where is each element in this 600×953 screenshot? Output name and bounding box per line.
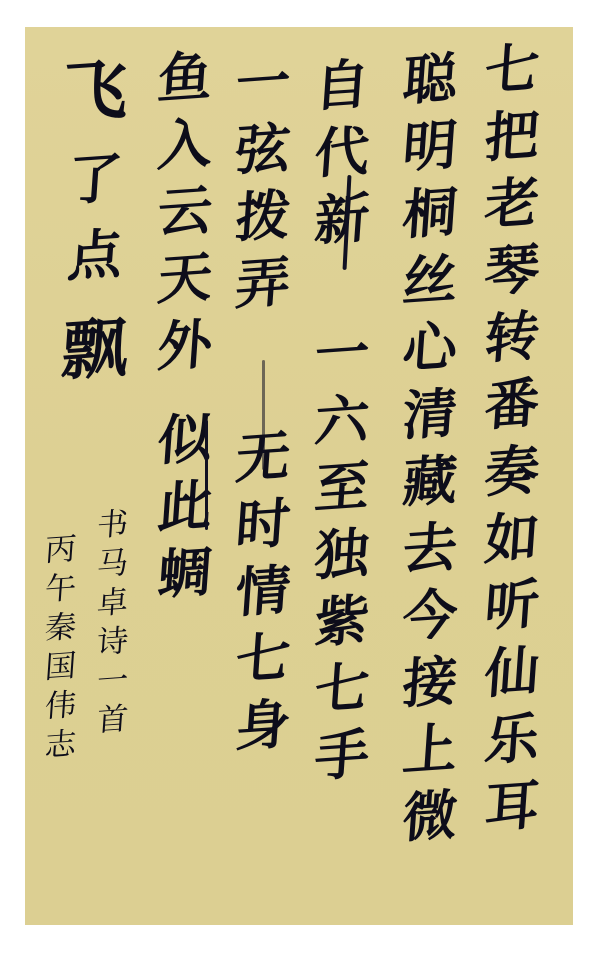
char: 弦 <box>234 120 292 178</box>
char: 独 <box>313 525 371 583</box>
char: 外 <box>156 316 214 374</box>
char: 新 <box>313 190 371 248</box>
char: 手 <box>313 726 371 784</box>
calligraphy-column-1: 七 把 老 琴 转 番 奏 如 听 仙 乐 耳 <box>482 42 542 846</box>
char: 飘 <box>59 314 130 384</box>
inscription-column-1: 书 马 卓 诗 一 首 <box>92 510 132 744</box>
char: 一 <box>234 53 292 111</box>
char: 藏 <box>401 452 459 510</box>
char: 弄 <box>234 254 292 312</box>
char: 拨 <box>234 187 292 245</box>
char: 午 <box>43 573 76 606</box>
char: 紫 <box>313 592 371 650</box>
char: 听 <box>483 576 541 634</box>
char: 云 <box>156 182 214 240</box>
char: 时 <box>234 495 292 553</box>
char: 天 <box>156 249 214 307</box>
char: 卓 <box>95 587 128 620</box>
char: 了 <box>66 150 124 208</box>
char: 清 <box>401 385 459 443</box>
char: 飞 <box>59 56 130 126</box>
char: 上 <box>401 720 459 778</box>
calligraphy-column-5: 鱼 入 云 天 外 似 此 蜩 <box>152 50 218 613</box>
char: 仙 <box>483 643 541 701</box>
char: 乐 <box>483 710 541 768</box>
char: 老 <box>483 174 541 232</box>
char: 接 <box>401 653 459 711</box>
char: 耳 <box>483 777 541 835</box>
char: 奏 <box>483 442 541 500</box>
char: 蜩 <box>156 544 214 602</box>
calligraphy-column-6: 飞 了 点 飘 <box>60 58 130 395</box>
calligraphy-column-3: 自 代 新 一 六 至 独 紫 七 手 <box>312 58 372 795</box>
char: 明 <box>401 117 459 175</box>
char: 六 <box>313 391 371 449</box>
char: 七 <box>483 40 541 98</box>
char: 桐 <box>401 184 459 242</box>
char: 微 <box>401 787 459 845</box>
char: 今 <box>401 586 459 644</box>
char: 七 <box>234 629 292 687</box>
char: 一 <box>95 665 128 698</box>
char: 聪 <box>401 50 459 108</box>
char: 首 <box>95 704 128 737</box>
char: 如 <box>483 509 541 567</box>
char: 志 <box>43 729 76 762</box>
char: 书 <box>95 509 128 542</box>
char: 国 <box>43 651 76 684</box>
char: 代 <box>313 123 371 181</box>
char: 入 <box>156 115 214 173</box>
char: 点 <box>66 226 124 284</box>
char: 情 <box>234 562 292 620</box>
char: 鱼 <box>156 48 214 106</box>
char: 自 <box>313 56 371 114</box>
char: 马 <box>95 548 128 581</box>
ink-stroke-vertical <box>205 420 208 530</box>
char: 一 <box>313 324 371 382</box>
ink-stroke-dry-brush <box>262 360 265 470</box>
char: 琴 <box>483 241 541 299</box>
inscription-column-2: 丙 午 秦 国 伟 志 <box>40 535 80 769</box>
char: 七 <box>313 659 371 717</box>
char: 番 <box>483 375 541 433</box>
char: 把 <box>483 107 541 165</box>
calligraphy-column-2: 聪 明 桐 丝 心 清 藏 去 今 接 上 微 <box>400 52 460 856</box>
char: 去 <box>401 519 459 577</box>
char: 至 <box>313 458 371 516</box>
char: 身 <box>234 696 292 754</box>
char: 转 <box>483 308 541 366</box>
char: 伟 <box>43 690 76 723</box>
char: 丝 <box>401 251 459 309</box>
char: 秦 <box>43 612 76 645</box>
char: 诗 <box>95 626 128 659</box>
char: 丙 <box>43 534 76 567</box>
char: 心 <box>401 318 459 376</box>
